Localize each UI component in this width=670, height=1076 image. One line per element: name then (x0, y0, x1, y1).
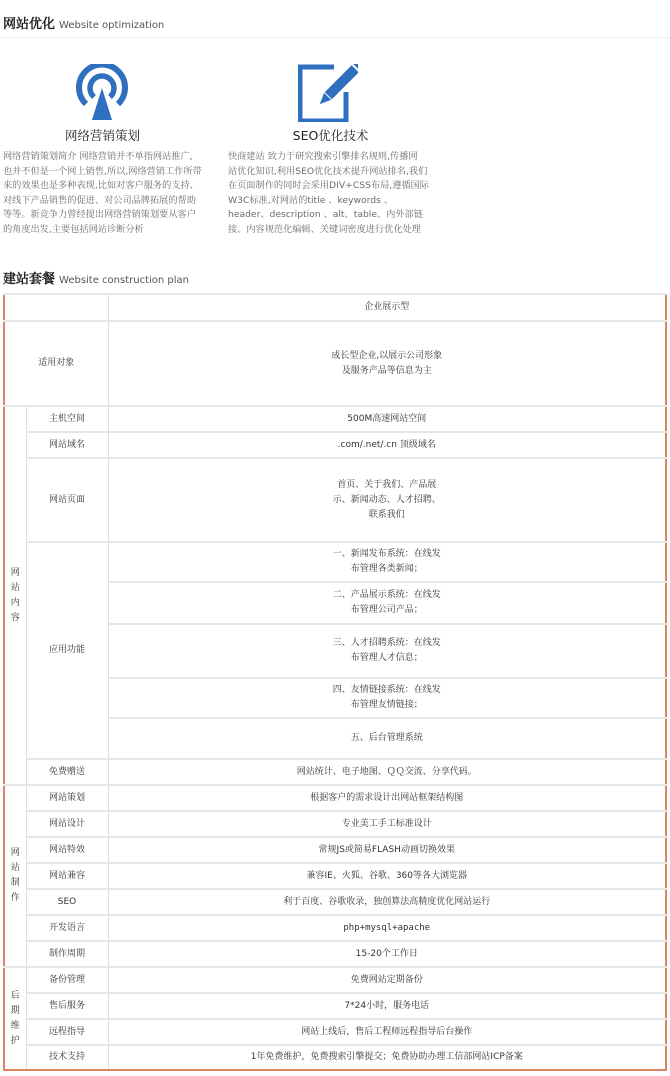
section-divider (0, 37, 670, 38)
value-line: 四、友情链接系统：在线发 (109, 683, 666, 698)
value-line: 示、新闻动态、人才招聘、 (109, 493, 666, 508)
value-line: 二、产品展示系统：在线发 (109, 588, 666, 603)
desc-line: 网络营销策划简介 网络营销并不单指网站推广, (3, 150, 218, 165)
row-label: 应用功能 (26, 542, 108, 759)
plan-table: 企业展示型 适用对象 成长型企业,以展示公司形象 及服务产品等信息为主 网站内容… (3, 293, 667, 1071)
row-label: 网站页面 (26, 458, 108, 542)
value-line: 布管理公司产品； (109, 603, 666, 618)
row-value: 500M高速网站空间 (108, 406, 666, 432)
row-label: 网站策划 (26, 785, 108, 811)
row-value: 根据客户的需求设计出网站框架结构图 (108, 785, 666, 811)
value-line: 三、人才招聘系统：在线发 (109, 636, 666, 651)
desc-line: 接、内容规范化编辑、关键词密度进行优化处理 (228, 223, 443, 238)
row-label: 免费赠送 (26, 759, 108, 785)
feature-description: 快商建站 致力于研究搜索引擎排名规则,传播网 站优化知识,利用SEO优化技术提升… (228, 150, 443, 238)
row-label: SEO (26, 889, 108, 915)
table-row: 网站制作 网站策划 根据客户的需求设计出网站框架结构图 (4, 785, 666, 811)
group-label-production: 网站制作 (4, 785, 26, 967)
row-value: 专业美工手工标准设计 (108, 811, 666, 837)
table-header-row: 企业展示型 (4, 294, 666, 321)
desc-line: 来的效果也是多种表现,比如对客户服务的支持、 (3, 179, 218, 194)
value-line: 布管理友情链接； (109, 698, 666, 713)
row-label: 主机空间 (26, 406, 108, 432)
desc-line: 快商建站 致力于研究搜索引擎排名规则,传播网 (228, 150, 443, 165)
row-value: 15-20个工作日 (108, 941, 666, 967)
group-label-text: 网站制作 (10, 846, 20, 906)
row-value: 网站统计、电子地图、ＱＱ交流、分享代码。 (108, 759, 666, 785)
desc-line: 也并不但是一个网上销售,所以,网络营销工作所带 (3, 165, 218, 180)
section-title-cn: 建站套餐 (3, 272, 55, 287)
row-value: 成长型企业,以展示公司形象 及服务产品等信息为主 (108, 321, 666, 406)
table-row: 应用功能 一、新闻发布系统：在线发 布管理各类新闻； (4, 542, 666, 582)
value-line: 及服务产品等信息为主 (109, 364, 666, 379)
row-label: 制作周期 (26, 941, 108, 967)
plan-name: 企业展示型 (108, 294, 666, 321)
feature-title: 网络营销策划 (0, 126, 215, 144)
section-title-en: Website construction plan (59, 275, 189, 286)
table-row: SEO 利于百度、谷歌收录，独创算法高精度优化网站运行 (4, 889, 666, 915)
group-label-text: 后期维护 (10, 989, 20, 1049)
desc-line: 站优化知识,利用SEO优化技术提升网站排名,我们 (228, 165, 443, 180)
value-line: 布管理人才信息； (109, 651, 666, 666)
section-title-en: Website optimization (59, 20, 164, 31)
value-line: 成长型企业,以展示公司形象 (109, 349, 666, 364)
section-title-optimization: 网站优化Website optimization (3, 13, 164, 32)
row-value: 免费网站定期备份 (108, 967, 666, 993)
edit-pencil-icon (298, 64, 358, 126)
table-row: 网站域名 .com/.net/.cn 顶级域名 (4, 432, 666, 458)
value-line: 联系我们 (109, 508, 666, 523)
desc-line: 在页面制作的同时会采用DIV+CSS布局,遵循国际 (228, 179, 443, 194)
broadcast-antenna-icon (75, 64, 129, 126)
row-label: 开发语言 (26, 915, 108, 941)
row-value: 五、后台管理系统 (108, 718, 666, 759)
table-row: 制作周期 15-20个工作日 (4, 941, 666, 967)
feature-description: 网络营销策划简介 网络营销并不单指网站推广, 也并不但是一个网上销售,所以,网络… (3, 150, 218, 238)
feature-title: SEO优化技术 (218, 126, 443, 144)
table-row: 技术支持 1年免费维护，免费搜索引擎提交；免费协助办理工信部网站ICP备案 (4, 1045, 666, 1070)
row-value: 利于百度、谷歌收录，独创算法高精度优化网站运行 (108, 889, 666, 915)
value-line: 布管理各类新闻； (109, 562, 666, 577)
section-title-plan: 建站套餐Website construction plan (3, 268, 189, 287)
table-row: 后期维护 备份管理 免费网站定期备份 (4, 967, 666, 993)
row-label: 远程指导 (26, 1019, 108, 1045)
desc-line: W3C标准,对网站的title 、keywords 、 (228, 194, 443, 209)
row-label: 适用对象 (4, 321, 108, 406)
row-label: 网站兼容 (26, 863, 108, 889)
table-row: 免费赠送 网站统计、电子地图、ＱＱ交流、分享代码。 (4, 759, 666, 785)
row-value: 网站上线后，售后工程师远程指导后台操作 (108, 1019, 666, 1045)
table-row: 网站页面 首页、关于我们、产品展 示、新闻动态、人才招聘、 联系我们 (4, 458, 666, 542)
table-row: 网站兼容 兼容IE、火狐、谷歌、360等各大浏览器 (4, 863, 666, 889)
row-value: 四、友情链接系统：在线发 布管理友情链接； (108, 678, 666, 718)
row-value: 兼容IE、火狐、谷歌、360等各大浏览器 (108, 863, 666, 889)
row-value: php+mysql+apache (108, 915, 666, 941)
row-label: 技术支持 (26, 1045, 108, 1070)
table-row: 售后服务 7*24小时，服务电话 (4, 993, 666, 1019)
group-label-content: 网站内容 (4, 406, 26, 785)
desc-line: 对线下产品销售的促进、对公司品牌拓展的帮助 (3, 194, 218, 209)
row-value: 常规JS或简易FLASH动画切换效果 (108, 837, 666, 863)
table-row: 网站设计 专业美工手工标准设计 (4, 811, 666, 837)
section-title-cn: 网站优化 (3, 17, 55, 32)
row-value: 首页、关于我们、产品展 示、新闻动态、人才招聘、 联系我们 (108, 458, 666, 542)
group-label-maintenance: 后期维护 (4, 967, 26, 1070)
desc-line: header、description 、alt、table、内外部链 (228, 208, 443, 223)
row-value: 1年免费维护，免费搜索引擎提交；免费协助办理工信部网站ICP备案 (108, 1045, 666, 1070)
table-row: 适用对象 成长型企业,以展示公司形象 及服务产品等信息为主 (4, 321, 666, 406)
group-label-text: 网站内容 (10, 566, 20, 626)
table-row: 网站内容 主机空间 500M高速网站空间 (4, 406, 666, 432)
value-line: 首页、关于我们、产品展 (109, 478, 666, 493)
row-label: 网站设计 (26, 811, 108, 837)
row-value: 二、产品展示系统：在线发 布管理公司产品； (108, 582, 666, 624)
row-label: 网站特效 (26, 837, 108, 863)
table-row: 网站特效 常规JS或简易FLASH动画切换效果 (4, 837, 666, 863)
desc-line: 等等。新竞争力曾经提出网络营销策划要从客户 (3, 208, 218, 223)
value-line: 一、新闻发布系统：在线发 (109, 547, 666, 562)
header-empty-cell (4, 294, 108, 321)
row-label: 售后服务 (26, 993, 108, 1019)
table-row: 开发语言 php+mysql+apache (4, 915, 666, 941)
row-value: 三、人才招聘系统：在线发 布管理人才信息； (108, 624, 666, 678)
row-value: .com/.net/.cn 顶级域名 (108, 432, 666, 458)
table-row: 远程指导 网站上线后，售后工程师远程指导后台操作 (4, 1019, 666, 1045)
row-label: 网站域名 (26, 432, 108, 458)
row-value: 一、新闻发布系统：在线发 布管理各类新闻； (108, 542, 666, 582)
desc-line: 的角度出发,主要包括网站诊断分析 (3, 223, 218, 238)
row-label: 备份管理 (26, 967, 108, 993)
row-value: 7*24小时，服务电话 (108, 993, 666, 1019)
